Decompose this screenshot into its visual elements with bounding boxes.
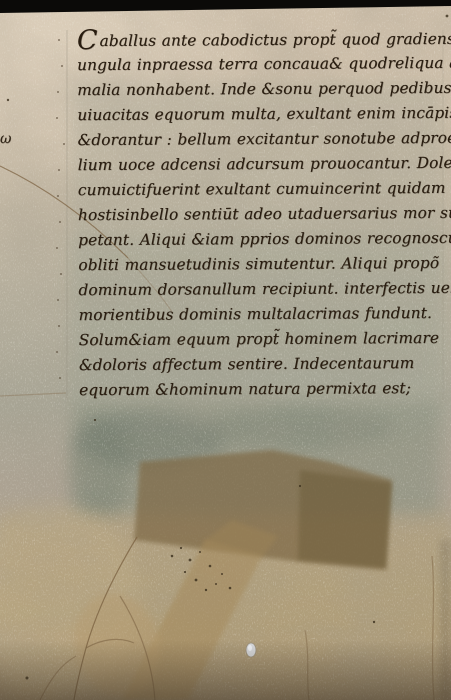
manuscript-line-10: obliti mansuetudinis simutentur. Aliqui … <box>78 251 448 278</box>
initial-capital: C <box>77 25 98 56</box>
manuscript-line-9: petant. Aliqui &iam pprios dominos recog… <box>78 226 448 253</box>
manuscript-line-13: Solum&iam equum propt̃ hominem lacrimare <box>79 326 449 353</box>
manuscript-line-15: equorum &hominum natura permixta est; <box>79 376 449 403</box>
manuscript-line-11: dominum dorsanullum recipiunt. interfect… <box>78 276 448 303</box>
quire-mark: ω <box>0 131 11 147</box>
manuscript-line-3: malia nonhabent. Inde &sonu perquod pedi… <box>77 76 447 103</box>
manuscript-line-5: &dorantur : bellum excitantur sonotube a… <box>77 126 447 153</box>
manuscript-page: ω Caballus ante cabodictus propt̃ quod g… <box>0 0 451 700</box>
manuscript-line-4: uiuacitas equorum multa, exultant enim i… <box>77 101 447 128</box>
text-block: Caballus ante cabodictus propt̃ quod gra… <box>77 26 449 403</box>
manuscript-line-6: lium uoce adcensi adcursum prouocantur. … <box>78 151 448 178</box>
manuscript-line-1: Caballus ante cabodictus propt̃ quod gra… <box>77 26 447 53</box>
manuscript-line-12: morientibus dominis multalacrimas fundun… <box>79 301 449 328</box>
manuscript-line-8: hostisinbello sentiūt adeo utaduersarius… <box>78 201 448 228</box>
line-text: aballus ante cabodictus propt̃ quod grad… <box>100 30 451 50</box>
bottom-shadow <box>0 640 451 700</box>
manuscript-line-2: ungula inpraessa terra concaua& quodreli… <box>77 51 447 78</box>
manuscript-line-7: cumuictifuerint exultant cumuincerint qu… <box>78 176 448 203</box>
manuscript-line-14: &doloris affectum sentire. Indecentaurum <box>79 351 449 378</box>
